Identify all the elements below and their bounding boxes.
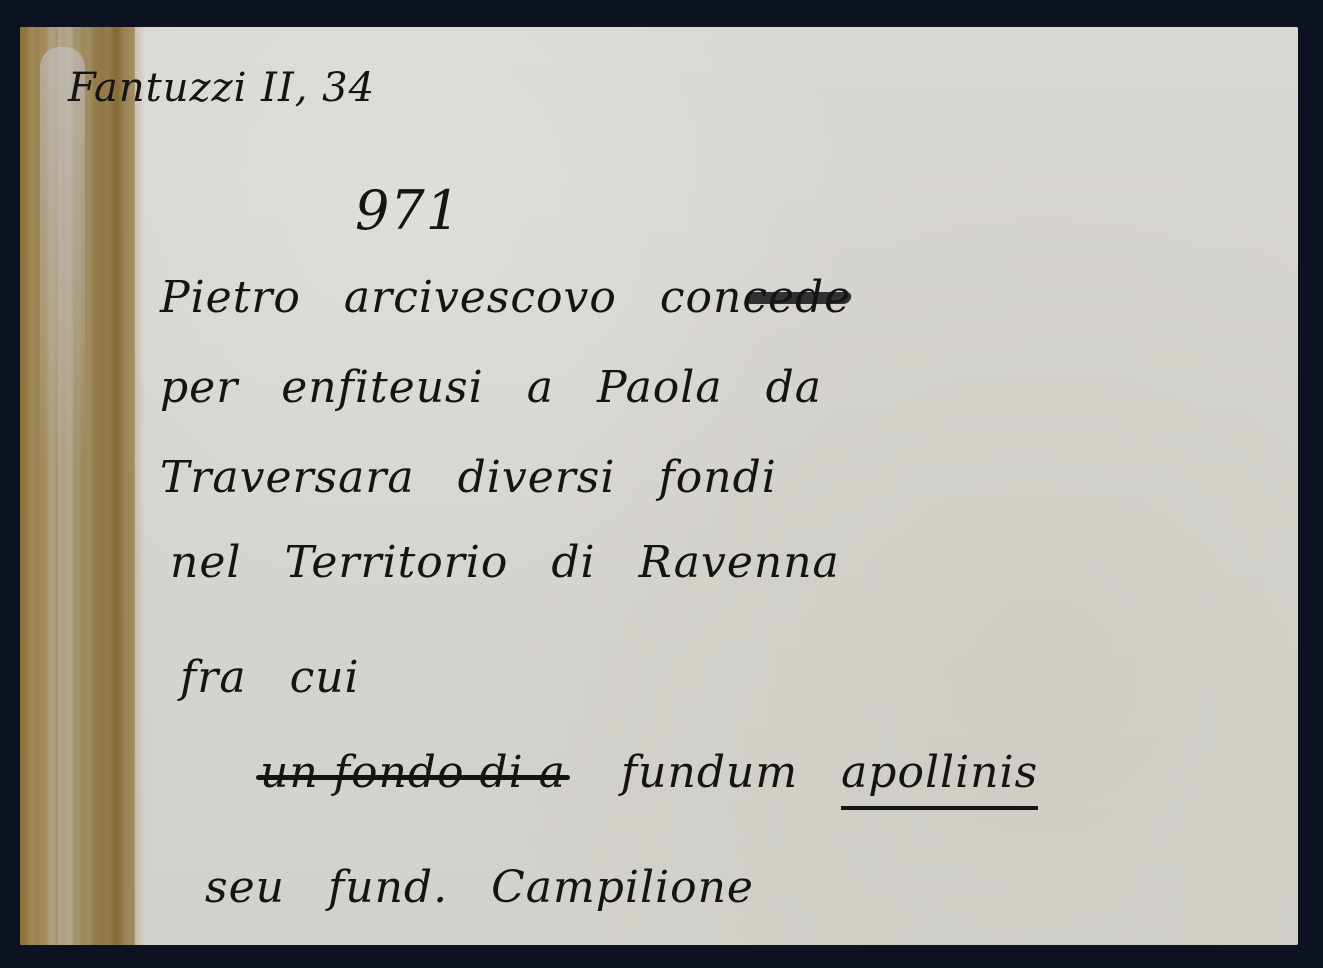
word: arcivescovo — [344, 272, 617, 323]
text-line-4: nel Territorio di Ravenna — [170, 537, 868, 588]
word: per — [160, 362, 238, 413]
word: Pietro — [160, 272, 301, 323]
word: fra — [180, 652, 247, 703]
text-line-2: per enfiteusi a Paola da — [160, 362, 850, 413]
source-reference: Fantuzzi II, 34 — [68, 65, 375, 111]
left-edge-stain — [20, 27, 135, 945]
word: da — [766, 362, 822, 413]
overwritten-word: concede — [660, 272, 851, 323]
word: seu — [205, 862, 285, 913]
word: Paola — [597, 362, 723, 413]
text-line-6: un fondo di a fundum apollinis — [260, 747, 1066, 810]
word: Ravenna — [639, 537, 840, 588]
word: a — [527, 362, 554, 413]
archival-card: Fantuzzi II, 34 971 Pietro arcivescovo c… — [20, 27, 1298, 945]
word: Traversara — [160, 452, 415, 503]
text-line-5: fra cui — [180, 652, 388, 703]
struck-through-text: un fondo di a — [260, 747, 566, 798]
year-heading: 971 — [355, 179, 461, 242]
underlined-word: apollinis — [841, 747, 1038, 810]
word: diversi — [458, 452, 616, 503]
word: enfiteusi — [281, 362, 483, 413]
word: Territorio — [284, 537, 508, 588]
word: di — [551, 537, 595, 588]
text-line-1: Pietro arcivescovo concede — [160, 272, 879, 323]
word: cui — [290, 652, 360, 703]
word: fundum — [621, 747, 798, 798]
word: fund. — [328, 862, 448, 913]
word: fondi — [658, 452, 776, 503]
word: nel — [170, 537, 241, 588]
text-line-7: seu fund. Campilione — [205, 862, 782, 913]
word: Campilione — [491, 862, 754, 913]
text-line-3: Traversara diversi fondi — [160, 452, 805, 503]
